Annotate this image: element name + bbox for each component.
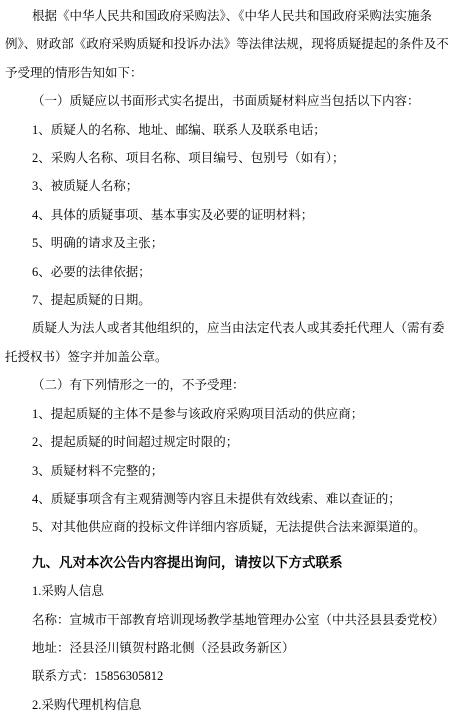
para-purchaser-name: 名称：宣城市干部教育培训现场教学基地管理办公室（中共泾县县委党校） — [5, 606, 452, 634]
section-heading-contact: 九、凡对本次公告内容提出询问，请按以下方式联系 — [5, 549, 452, 577]
reject-item-5-bid-docs: 5、对其他供应商的投标文件详细内容质疑，无法提供合法来源渠道的。 — [5, 513, 452, 541]
para-signature-seal: 质疑人为法人或者其他组织的，应当由法定代表人或其委托代理人（需有委托授权书）签字… — [5, 314, 452, 371]
para-section2-intro: （二）有下列情形之一的，不予受理： — [5, 371, 452, 399]
list-item-2-purchaser-info: 2、采购人名称、项目名称、项目编号、包别号（如有）； — [5, 144, 452, 172]
para-purchaser-phone: 联系方式：15856305812 — [5, 662, 452, 690]
list-item-1-contact-info: 1、质疑人的名称、地址、邮编、联系人及联系电话； — [5, 116, 452, 144]
list-item-5-claims: 5、明确的请求及主张； — [5, 229, 452, 257]
para-purchaser-info-title: 1.采购人信息 — [5, 577, 452, 605]
para-purchaser-address: 地址：泾县泾川镇贺村路北侧（泾县政务新区） — [5, 634, 452, 662]
reject-item-4-speculation: 4、质疑事项含有主观猜测等内容且未提供有效线索、难以查证的； — [5, 485, 452, 513]
para-legal-basis: 根据《中华人民共和国政府采购法》、《中华人民共和国政府采购法实施条例》、财政部《… — [5, 2, 452, 87]
para-agency-info-title: 2.采购代理机构信息 — [5, 691, 452, 719]
reject-item-1-not-supplier: 1、提起质疑的主体不是参与该政府采购项目活动的供应商； — [5, 400, 452, 428]
document-page: 根据《中华人民共和国政府采购法》、《中华人民共和国政府采购法实施条例》、财政部《… — [0, 0, 457, 725]
reject-item-2-overdue: 2、提起质疑的时间超过规定时限的； — [5, 428, 452, 456]
para-section1-intro: （一）质疑应以书面形式实名提出，书面质疑材料应当包括以下内容： — [5, 87, 452, 115]
list-item-3-respondent: 3、被质疑人名称； — [5, 172, 452, 200]
list-item-4-facts-evidence: 4、具体的质疑事项、基本事实及必要的证明材料； — [5, 201, 452, 229]
reject-item-3-incomplete: 3、质疑材料不完整的； — [5, 457, 452, 485]
list-item-7-date: 7、提起质疑的日期。 — [5, 286, 452, 314]
list-item-6-legal-basis: 6、必要的法律依据； — [5, 258, 452, 286]
